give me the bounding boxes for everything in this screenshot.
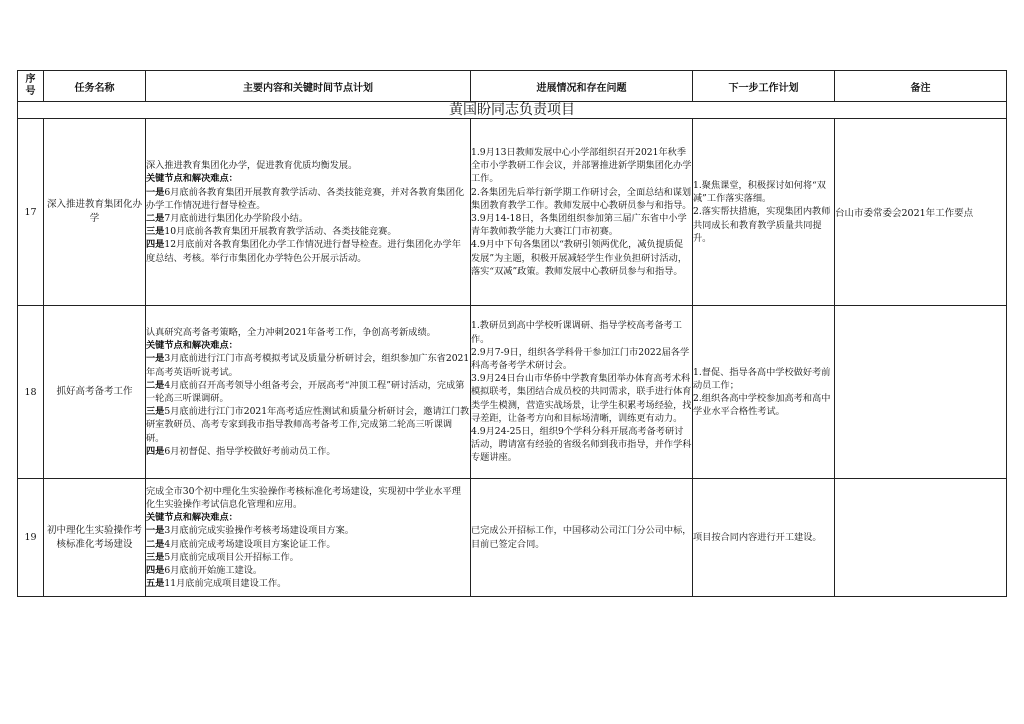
table-row: 19 初中理化生实验操作考核标准化考场建设 完成全市30个初中理化生实验操作考核…: [18, 479, 1007, 597]
progress-item: 2.各集团先后举行新学期工作研讨会，全面总结和谋划集团教育教学工作。教师发展中心…: [471, 186, 692, 212]
progress-cell: 1.9月13日教师发展中心小学部组织召开2021年秋季全市小学教研工作会议，并部…: [471, 119, 693, 306]
key-points-label: 关键节点和解决难点：: [146, 511, 470, 524]
next-plan-item: 2.落实帮扶措施，实现集团内教师共同成长和教育教学质量共同提升。: [693, 205, 834, 245]
milestone-prefix: 一是: [146, 353, 164, 364]
task-name: 初中理化生实验操作考核标准化考场建设: [44, 479, 146, 597]
milestone-prefix: 二是: [146, 539, 164, 550]
table-row: 17 深入推进教育集团化办学 深入推进教育集团化办学，促进教育优质均衡发展。 关…: [18, 119, 1007, 306]
milestone-text: 4月底前召开高考领导小组备考会，开展高考“冲顶工程”研讨活动，完成第一轮高三听课…: [146, 380, 464, 404]
milestone: 五是11月底前完成项目建设工作。: [146, 577, 470, 590]
remark-cell: [835, 306, 1007, 479]
content-intro: 深入推进教育集团化办学，促进教育优质均衡发展。: [146, 159, 470, 172]
header-task-name: 任务名称: [44, 71, 146, 102]
section-row: 黄国盼同志负责项目: [18, 102, 1007, 119]
milestone-prefix: 三是: [146, 552, 164, 563]
table-row: 18 抓好高考备考工作 认真研究高考备考策略，全力冲刺2021年备考工作，争创高…: [18, 306, 1007, 479]
remark-cell: [835, 479, 1007, 597]
milestone: 二是7月底前进行集团化办学阶段小结。: [146, 212, 470, 225]
milestone-prefix: 四是: [146, 239, 164, 250]
next-plan-item: 1.督促、指导各高中学校做好考前动员工作；: [693, 366, 834, 392]
progress-item: 3.9月24日台山市华侨中学教育集团举办体育高考术科模拟联考，集团结合成员校的共…: [471, 372, 692, 425]
key-points-label: 关键节点和解决难点：: [146, 172, 470, 185]
header-row: 序号 任务名称 主要内容和关键时间节点计划 进展情况和存在问题 下一步工作计划 …: [18, 71, 1007, 102]
progress-cell: 已完成公开招标工作，中国移动公司江门分公司中标，目前已签定合同。: [471, 479, 693, 597]
milestone-prefix: 二是: [146, 380, 164, 391]
milestone-prefix: 三是: [146, 226, 164, 237]
milestone-prefix: 三是: [146, 406, 164, 417]
content-plan-cell: 完成全市30个初中理化生实验操作考核标准化考场建设，实现初中学业水平理化生实验操…: [146, 479, 471, 597]
milestone: 三是5月底前完成项目公开招标工作。: [146, 551, 470, 564]
milestone-text: 5月底前完成项目公开招标工作。: [164, 552, 298, 563]
milestone-prefix: 一是: [146, 525, 164, 536]
milestone: 四是6月底前开始施工建设。: [146, 564, 470, 577]
next-plan-item: 项目按合同内容进行开工建设。: [693, 531, 834, 544]
content-intro: 完成全市30个初中理化生实验操作考核标准化考场建设，实现初中学业水平理化生实验操…: [146, 485, 470, 511]
header-progress-issues: 进展情况和存在问题: [471, 71, 693, 102]
milestone: 一是6月底前各教育集团开展教育教学活动、各类技能竞赛，并对各教育集团化办学工作情…: [146, 186, 470, 212]
milestone: 四是6月初督促、指导学校做好考前动员工作。: [146, 445, 470, 458]
milestone-text: 5月底前进行江门市2021年高考适应性测试和质量分析研讨会，邀请江门教研室教研员…: [146, 406, 469, 443]
milestone-text: 4月底前完成考场建设项目方案论证工作。: [164, 539, 335, 550]
progress-item: 1.教研员到高中学校听课调研、指导学校高考备考工作。: [471, 319, 692, 345]
next-plan-cell: 1.督促、指导各高中学校做好考前动员工作； 2.组织各高中学校参加高考和高中学业…: [693, 306, 835, 479]
milestone-prefix: 五是: [146, 578, 164, 589]
content-plan-cell: 深入推进教育集团化办学，促进教育优质均衡发展。 关键节点和解决难点： 一是6月底…: [146, 119, 471, 306]
milestone: 一是3月底前完成实验操作考核考场建设项目方案。: [146, 524, 470, 537]
milestone: 三是5月底前进行江门市2021年高考适应性测试和质量分析研讨会，邀请江门教研室教…: [146, 405, 470, 445]
progress-item: 2.9月7-9日，组织各学科骨干参加江门市2022届各学科高考备考学术研讨会。: [471, 346, 692, 372]
milestone-prefix: 一是: [146, 187, 164, 198]
row-number: 18: [18, 306, 44, 479]
key-points-label: 关键节点和解决难点：: [146, 339, 470, 352]
progress-item: 4.9月24-25日，组织9个学科分科开展高考备考研讨活动，聘请富有经验的省级名…: [471, 425, 692, 465]
milestone: 四是12月底前对各教育集团化办学工作情况进行督导检查。进行集团化办学年度总结、考…: [146, 238, 470, 264]
milestone-text: 6月初督促、指导学校做好考前动员工作。: [164, 446, 335, 457]
header-content-plan: 主要内容和关键时间节点计划: [146, 71, 471, 102]
progress-item: 1.9月13日教师发展中心小学部组织召开2021年秋季全市小学教研工作会议，并部…: [471, 146, 692, 186]
row-number: 17: [18, 119, 44, 306]
progress-item: 4.9月中下旬各集团以“教研引领两优化，减负提质促发展”为主题，积极开展减轻学生…: [471, 238, 692, 278]
progress-item: 3.9月14-18日，各集团组织参加第三届广东省中小学青年教师教学能力大赛江门市…: [471, 212, 692, 238]
milestone-text: 12月底前对各教育集团化办学工作情况进行督导检查。进行集团化办学年度总结、考核。…: [146, 239, 461, 263]
content-plan-cell: 认真研究高考备考策略，全力冲刺2021年备考工作，争创高考新成绩。 关键节点和解…: [146, 306, 471, 479]
progress-item: 已完成公开招标工作，中国移动公司江门分公司中标，目前已签定合同。: [471, 524, 692, 550]
work-plan-table: 序号 任务名称 主要内容和关键时间节点计划 进展情况和存在问题 下一步工作计划 …: [17, 70, 1007, 597]
row-number: 19: [18, 479, 44, 597]
milestone: 二是4月底前完成考场建设项目方案论证工作。: [146, 538, 470, 551]
next-plan-item: 2.组织各高中学校参加高考和高中学业水平合格性考试。: [693, 392, 834, 418]
milestone-text: 3月底前完成实验操作考核考场建设项目方案。: [164, 525, 354, 536]
milestone-text: 6月底前开始施工建设。: [164, 565, 262, 576]
milestone: 三是10月底前各教育集团开展教育教学活动、各类技能竞赛。: [146, 225, 470, 238]
content-intro: 认真研究高考备考策略，全力冲刺2021年备考工作，争创高考新成绩。: [146, 326, 470, 339]
task-name: 深入推进教育集团化办学: [44, 119, 146, 306]
next-plan-cell: 项目按合同内容进行开工建设。: [693, 479, 835, 597]
milestone-text: 7月底前进行集团化办学阶段小结。: [164, 213, 308, 224]
milestone-text: 10月底前各教育集团开展教育教学活动、各类技能竞赛。: [164, 226, 396, 237]
section-title: 黄国盼同志负责项目: [18, 102, 1007, 119]
milestone-prefix: 四是: [146, 446, 164, 457]
header-seq: 序号: [18, 71, 44, 102]
next-plan-item: 1.聚焦课堂，积极探讨如何将“双减”工作落实落细。: [693, 179, 834, 205]
header-remarks: 备注: [835, 71, 1007, 102]
remark-cell: 台山市委常委会2021年工作要点: [835, 119, 1007, 306]
milestone: 二是4月底前召开高考领导小组备考会，开展高考“冲顶工程”研讨活动，完成第一轮高三…: [146, 379, 470, 405]
header-next-plan: 下一步工作计划: [693, 71, 835, 102]
next-plan-cell: 1.聚焦课堂，积极探讨如何将“双减”工作落实落细。 2.落实帮扶措施，实现集团内…: [693, 119, 835, 306]
milestone: 一是3月底前进行江门市高考模拟考试及质量分析研讨会，组织参加广东省2021年高考…: [146, 352, 470, 378]
milestone-prefix: 四是: [146, 565, 164, 576]
milestone-text: 11月底前完成项目建设工作。: [164, 578, 286, 589]
milestone-text: 3月底前进行江门市高考模拟考试及质量分析研讨会，组织参加广东省2021年高考英语…: [146, 353, 469, 377]
progress-cell: 1.教研员到高中学校听课调研、指导学校高考备考工作。 2.9月7-9日，组织各学…: [471, 306, 693, 479]
milestone-prefix: 二是: [146, 213, 164, 224]
milestone-text: 6月底前各教育集团开展教育教学活动、各类技能竞赛，并对各教育集团化办学工作情况进…: [146, 187, 464, 211]
task-name: 抓好高考备考工作: [44, 306, 146, 479]
